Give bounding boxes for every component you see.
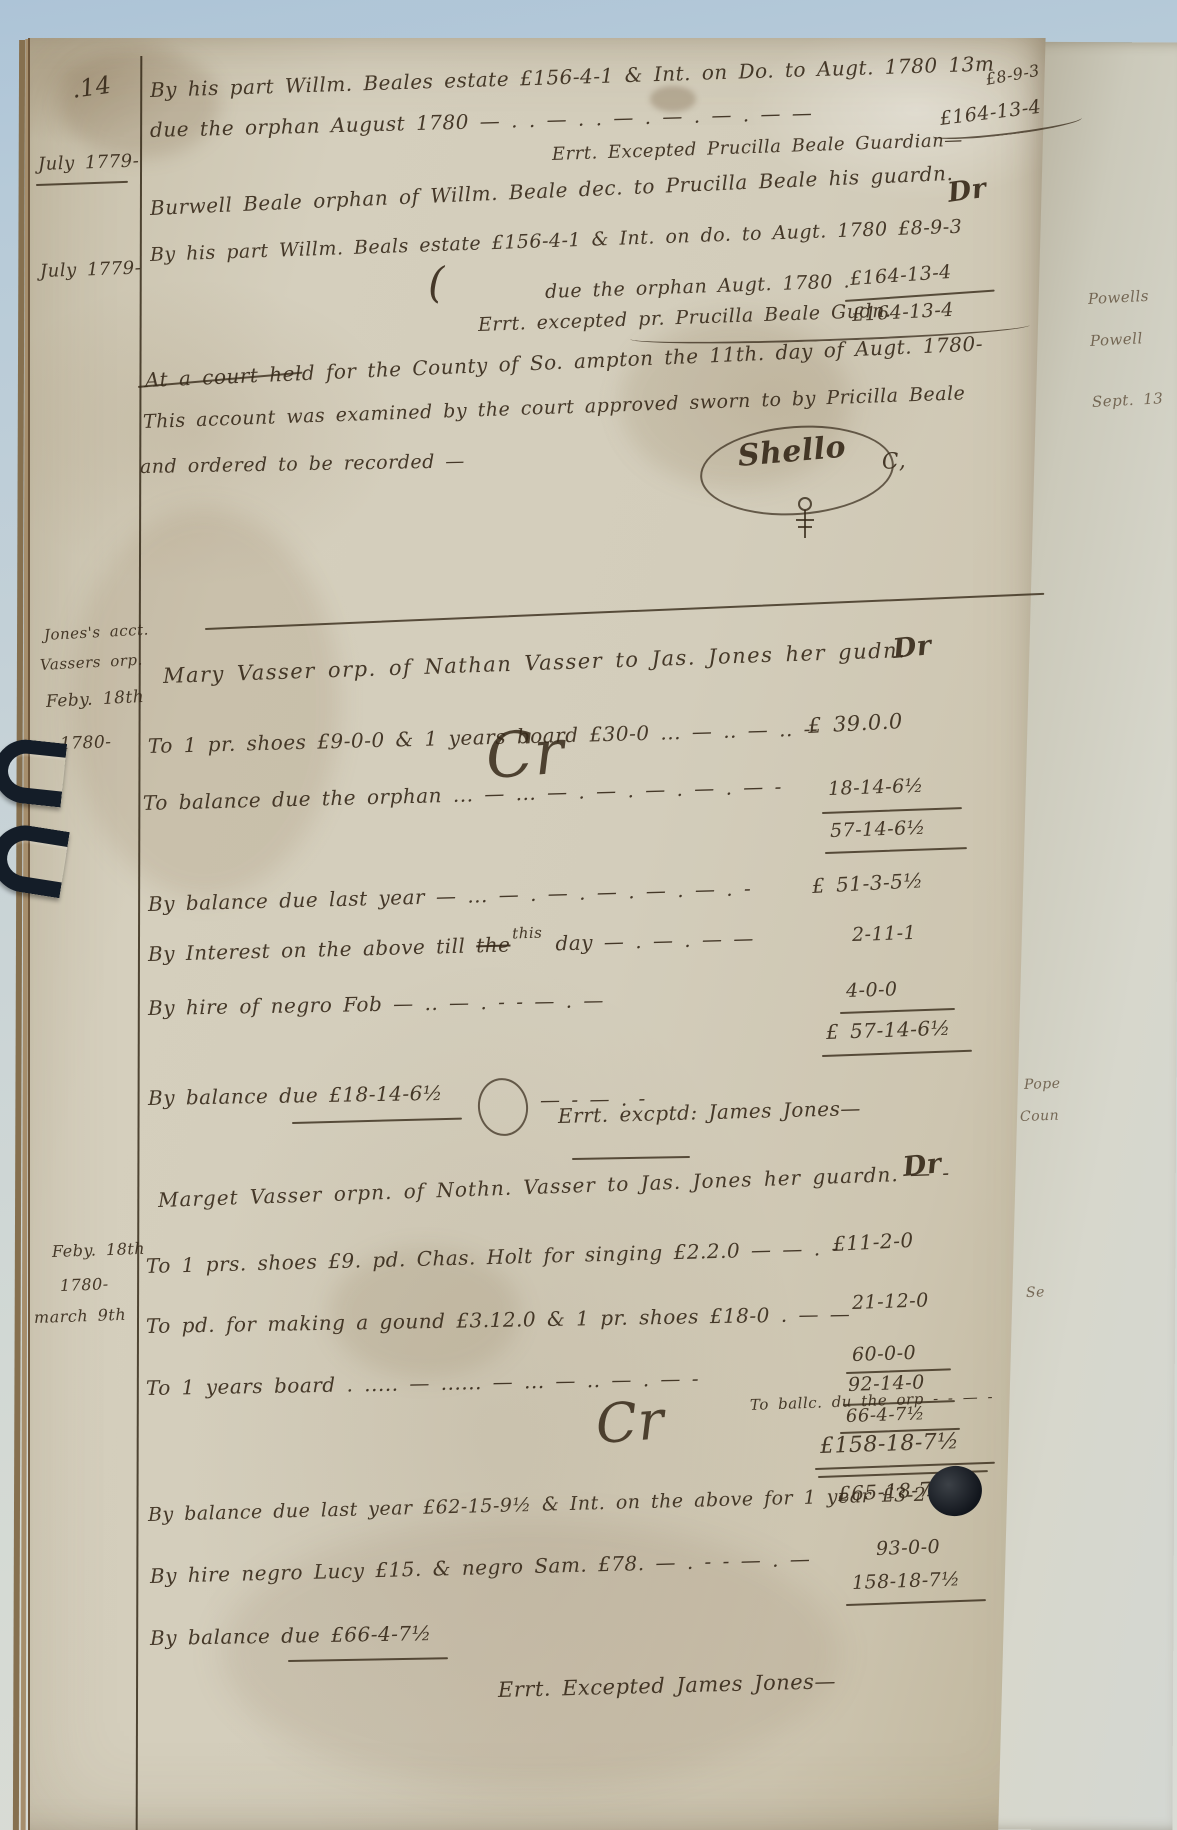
ink-paren: ( xyxy=(428,262,445,304)
entry-amount: 21-12-0 xyxy=(852,1291,929,1313)
subtotal-amount: 57-14-6½ xyxy=(830,819,926,841)
inserted-word: this xyxy=(512,924,543,943)
subtotal-amount: 158-18-7½ xyxy=(852,1570,961,1593)
debit-monogram: Dr xyxy=(902,1150,943,1181)
binder-ring xyxy=(0,821,70,899)
margin-date: 1780- xyxy=(60,734,112,753)
entry-amount: £ 51-3-5½ xyxy=(811,870,923,896)
clerk-signature-suffix: C, xyxy=(881,450,907,474)
debit-monogram: Dr xyxy=(946,175,988,207)
struck-word: the xyxy=(476,933,511,958)
entry-amount: 2-11-1 xyxy=(852,924,917,945)
entry-amount: £ 39.0.0 xyxy=(807,711,903,737)
ledger-photo: .14 July 1779- July 1779- Jones's acct. … xyxy=(0,0,1177,1830)
credit-monogram: Cr xyxy=(484,721,566,788)
pen-flourish-icon xyxy=(792,496,818,540)
margin-date: Feby. 18th xyxy=(52,1241,146,1260)
next-page-fragment: Pope xyxy=(1024,1077,1061,1092)
entry-amount: £11-2-0 xyxy=(832,1230,914,1254)
balance-line: By balance due £66-4-7½ xyxy=(150,1623,432,1648)
margin-date: 1780- xyxy=(60,1276,109,1294)
next-page-fragment: Se xyxy=(1026,1285,1045,1300)
entry-amount: 93-0-0 xyxy=(876,1538,941,1559)
entry-amount: 4-0-0 xyxy=(846,980,898,1001)
binder-ring xyxy=(0,737,67,808)
margin-date: July 1779- xyxy=(40,259,142,281)
total-amount: £158-18-7½ xyxy=(820,1431,960,1458)
balance-amount: 66-4-7½ xyxy=(846,1405,926,1426)
next-page-fragment: Coun xyxy=(1020,1109,1060,1124)
debit-monogram: Dr xyxy=(892,632,933,663)
next-page-fragment: Powell xyxy=(1090,331,1144,349)
page-number: .14 xyxy=(70,73,113,102)
credit-monogram: Cr xyxy=(594,1393,666,1452)
entry-amount: 18-14-6½ xyxy=(828,777,924,799)
next-page-fragment: Powells xyxy=(1088,289,1150,307)
total-amount: £ 57-14-6½ xyxy=(826,1018,951,1042)
margin-date: march 9th xyxy=(34,1307,127,1326)
next-page-fragment: Sept. 13 xyxy=(1092,391,1164,410)
balance-line: By balance due £18-14-6½ xyxy=(148,1083,443,1108)
margin-date: July 1779- xyxy=(38,152,140,174)
entry-amount: 60-0-0 xyxy=(852,1344,917,1365)
